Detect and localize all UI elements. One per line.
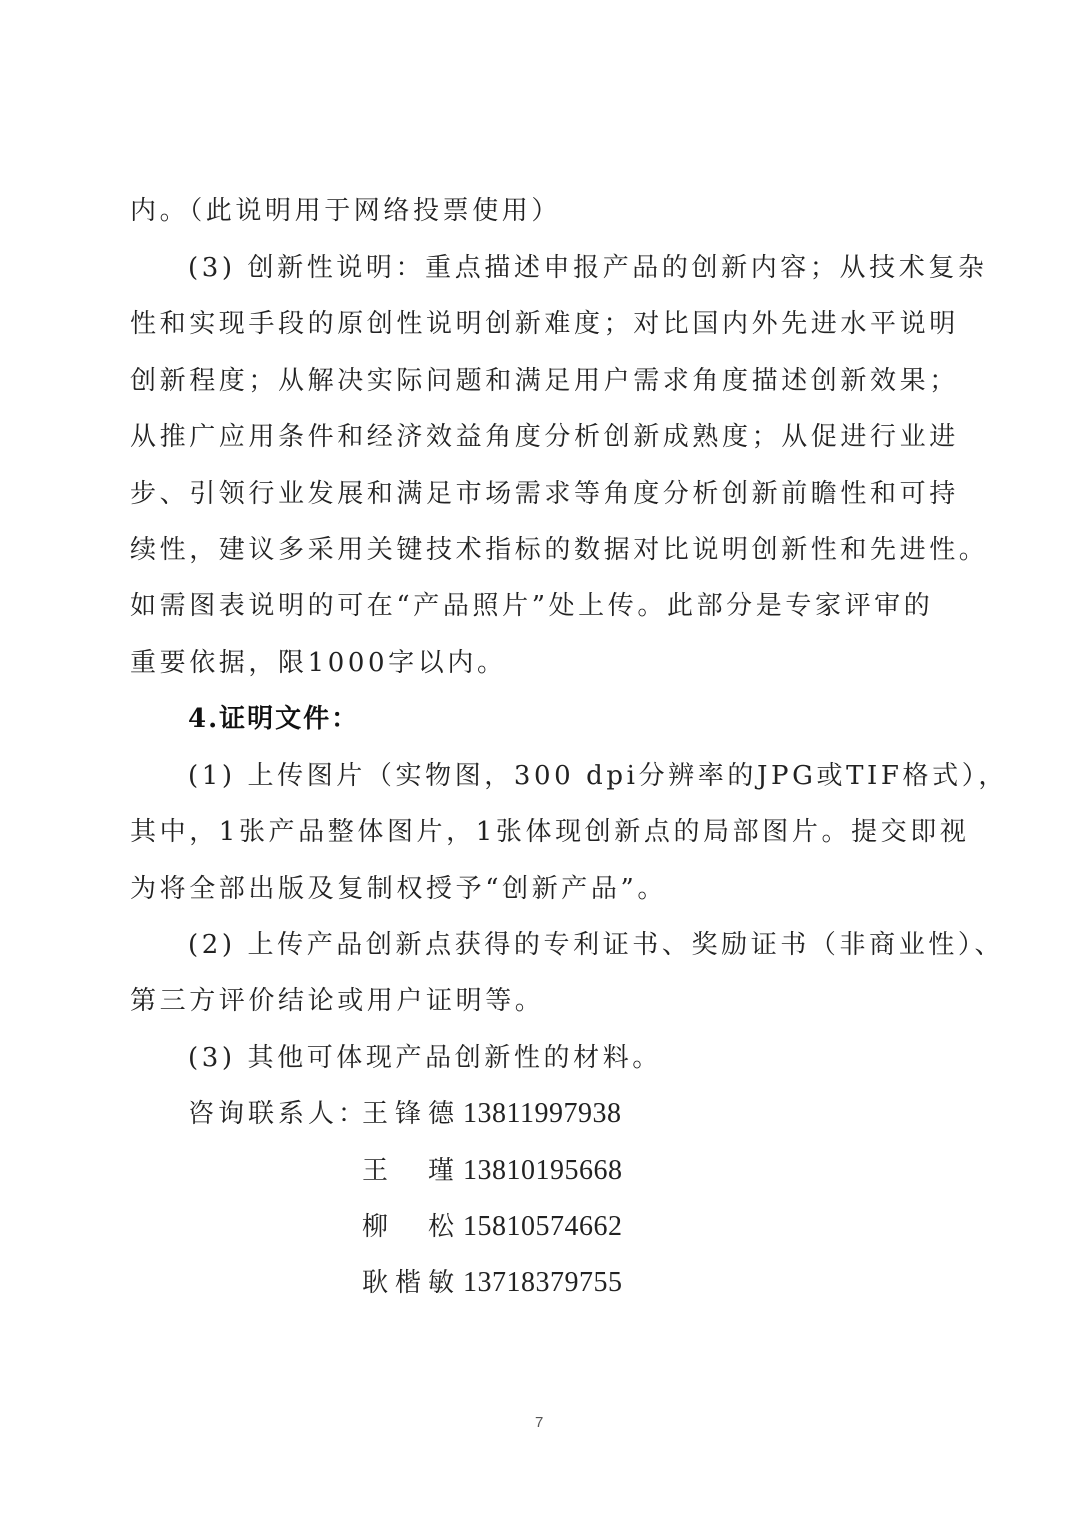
contact-name: 柳 松 (362, 1212, 454, 1242)
name-char: 楷 (395, 1268, 421, 1298)
contact-phone: 13718379755 (463, 1268, 623, 1298)
contact-row: 耿 楷 敏 13718379755 (0, 1268, 1080, 1298)
text-line: (3) 创新性说明：重点描述申报产品的创新内容；从技术复杂 (188, 253, 988, 283)
text-line: (2) 上传产品创新点获得的专利证书、奖励证书（非商业性）、 (188, 930, 1004, 960)
text-line: 第三方评价结论或用户证明等。 (130, 986, 544, 1016)
name-char: 松 (428, 1212, 454, 1242)
contact-phone: 15810574662 (463, 1212, 623, 1242)
text-line: 为将全部出版及复制权授予“创新产品”。 (130, 874, 667, 904)
name-char: 瑾 (428, 1156, 454, 1186)
text-line: 从推广应用条件和经济效益角度分析创新成熟度；从促进行业进 (130, 422, 959, 452)
document-page: 内。（此说明用于网络投票使用） (3) 创新性说明：重点描述申报产品的创新内容；… (0, 0, 1080, 1527)
contact-phone: 13810195668 (463, 1156, 623, 1186)
name-char: 德 (428, 1099, 454, 1129)
text-line: 内。（此说明用于网络投票使用） (130, 196, 561, 226)
text-line: (3) 其他可体现产品创新性的材料。 (188, 1043, 662, 1073)
page-number: 7 (535, 1414, 543, 1431)
text-line: 性和实现手段的原创性说明创新难度；对比国内外先进水平说明 (130, 309, 959, 339)
contact-phone: 13811997938 (463, 1099, 621, 1129)
contact-name: 耿 楷 敏 (362, 1268, 454, 1298)
text-line: 其中，1张产品整体图片，1张体现创新点的局部图片。提交即视 (130, 817, 970, 847)
contact-name: 王 锋 德 (362, 1099, 454, 1129)
contact-name: 王 瑾 (362, 1156, 454, 1186)
contact-row: 王 瑾 13810195668 (0, 1156, 1080, 1186)
text-line: (1) 上传图片（实物图，300 dpi分辨率的JPG或TIF格式）， (188, 761, 1008, 791)
name-char: 锋 (395, 1099, 421, 1129)
name-char: 敏 (428, 1268, 454, 1298)
text-line: 续性，建议多采用关键技术指标的数据对比说明创新性和先进性。 (130, 535, 988, 565)
name-char: 柳 (362, 1212, 388, 1242)
name-char: 耿 (362, 1268, 388, 1298)
name-char: 王 (362, 1099, 388, 1129)
section-heading: 4.证明文件： (188, 704, 359, 734)
text-line: 重要依据，限1000字以内。 (130, 648, 507, 678)
text-line: 步、引领行业发展和满足市场需求等角度分析创新前瞻性和可持 (130, 479, 959, 509)
contact-row: 咨询联系人： 王 锋 德 13811997938 (0, 1099, 1080, 1129)
text-line: 如需图表说明的可在“产品照片”处上传。此部分是专家评审的 (130, 591, 933, 621)
text-line: 创新程度；从解决实际问题和满足用户需求角度描述创新效果； (130, 366, 959, 396)
contact-row: 柳 松 15810574662 (0, 1212, 1080, 1242)
name-char: 王 (362, 1156, 388, 1186)
contact-label: 咨询联系人： (188, 1099, 368, 1129)
